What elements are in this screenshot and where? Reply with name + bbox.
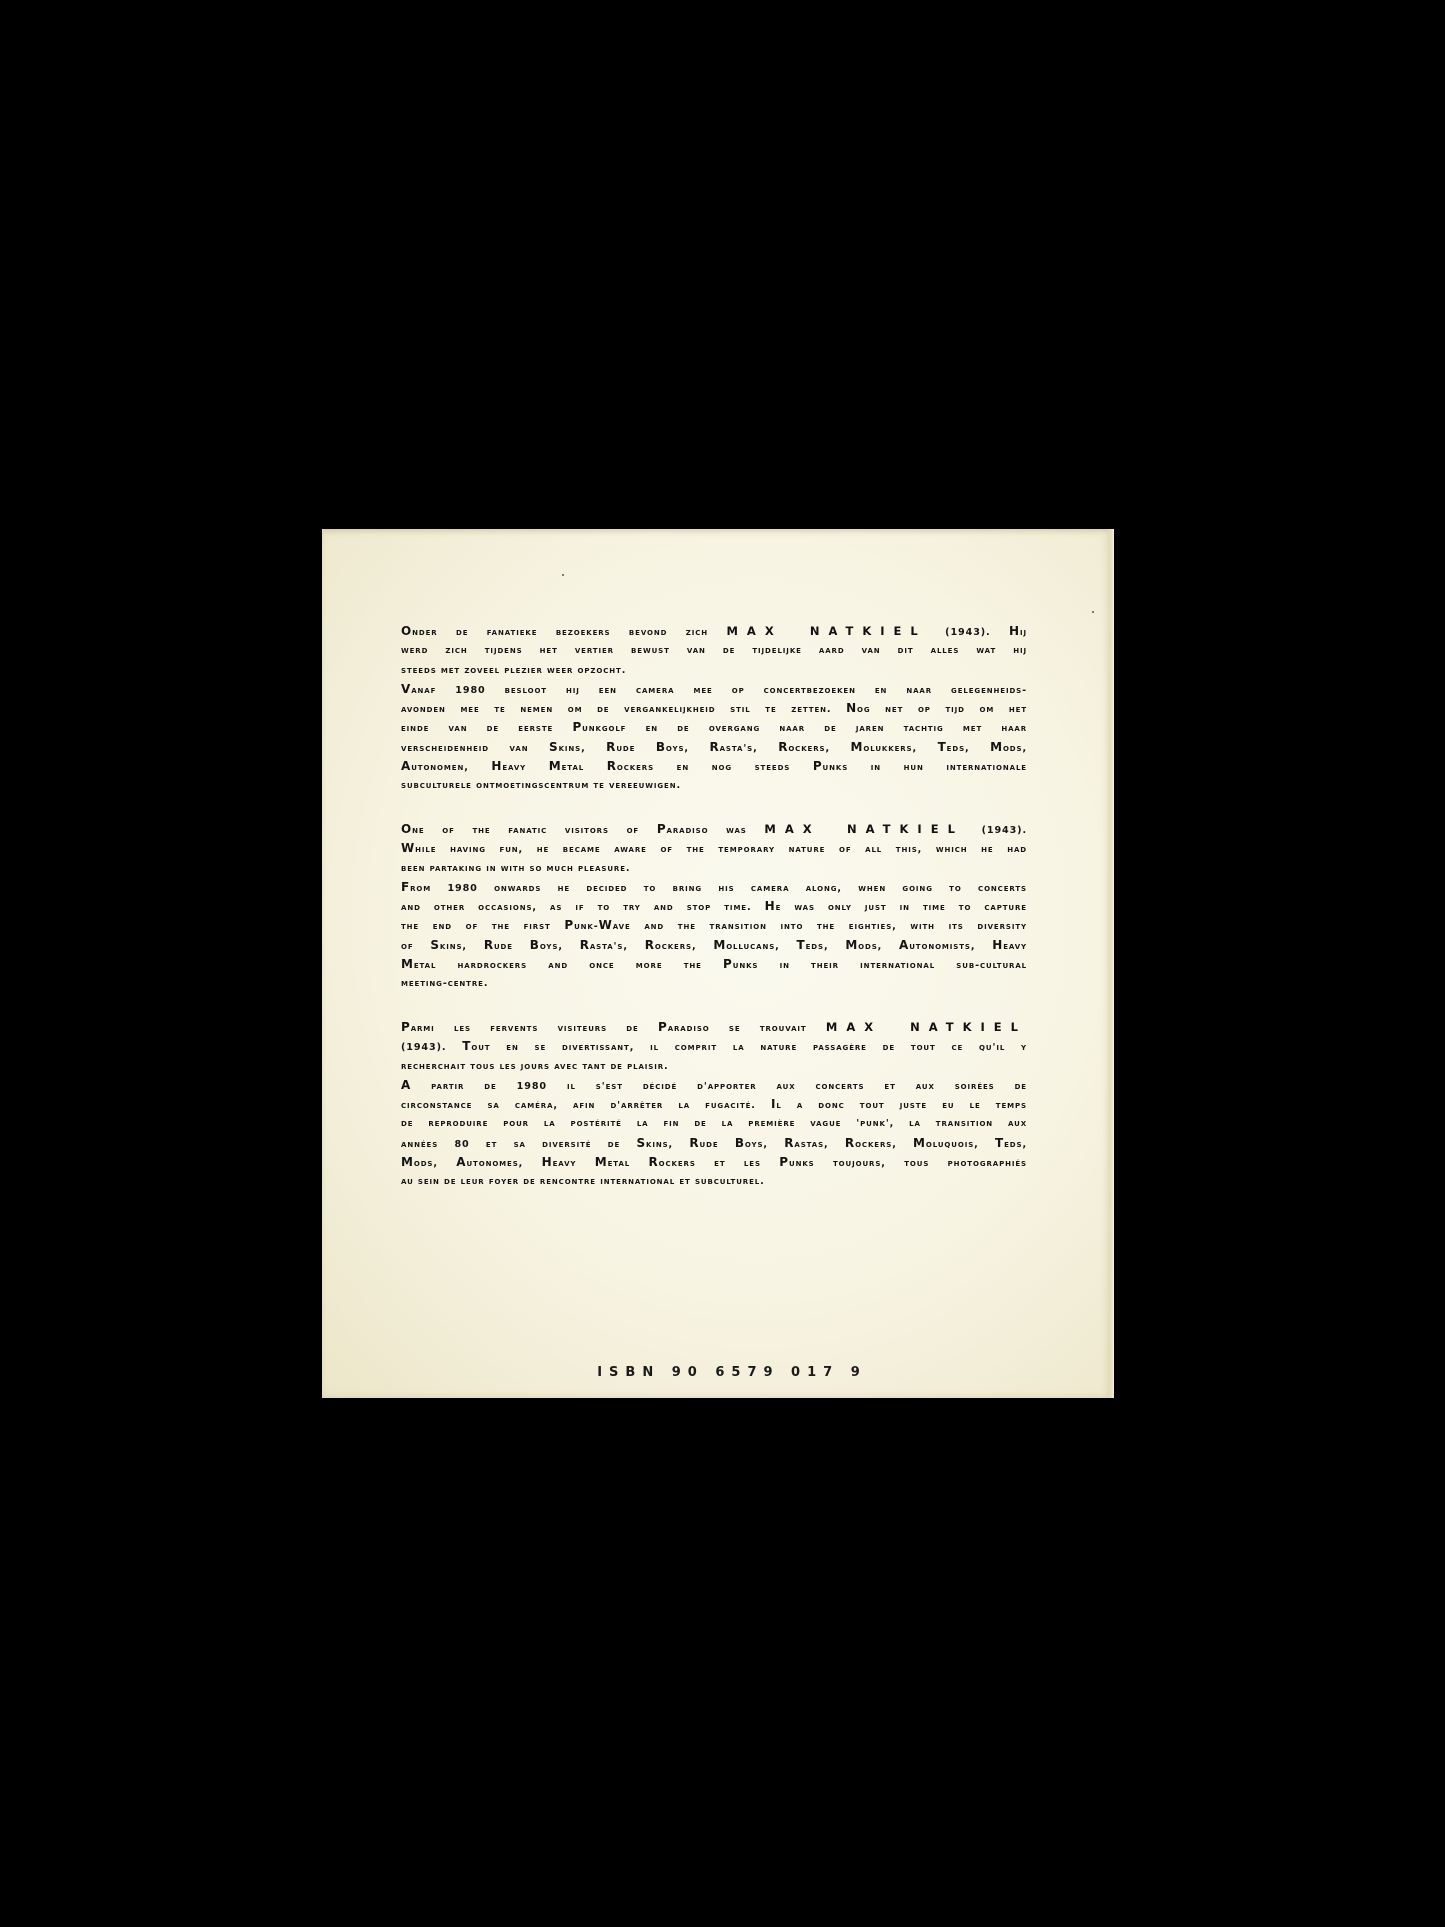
paragraph-french: Parmi les fervents visiteurs de Paradiso…	[401, 1018, 1027, 1192]
text-line: recherchait tous les jours avec tant de …	[401, 1057, 1027, 1076]
text-line: been partaking in with so much pleasure.	[401, 859, 1027, 878]
text-line: the end of the first Punk-Wave and the t…	[401, 916, 1027, 935]
text-line: de reproduire pour la postérité la fin d…	[401, 1114, 1027, 1133]
isbn-number: ISBN 90 6579 017 9	[322, 1365, 1128, 1380]
text-line: verscheidenheid van Skins, Rude Boys, Ra…	[401, 738, 1027, 757]
author-name: Max Natkiel	[764, 822, 964, 836]
paragraph-dutch: Onder de fanatieke bezoekers bevond zich…	[401, 622, 1027, 796]
text-line: années 80 et sa diversité de Skins, Rude…	[401, 1134, 1027, 1153]
author-name: Max Natkiel	[726, 624, 926, 638]
paper-speck	[1092, 611, 1094, 613]
text-line: werd zich tijdens het vertier bewust van…	[401, 641, 1027, 660]
text-line: Onder de fanatieke bezoekers bevond zich…	[401, 622, 1027, 641]
text-line: of Skins, Rude Boys, Rasta's, Rockers, M…	[401, 936, 1027, 955]
text-line: Metal hardrockers and once more the Punk…	[401, 955, 1027, 974]
text-line: Autonomen, Heavy Metal Rockers en nog st…	[401, 757, 1027, 776]
text-line: A partir de 1980 il s'est décidé d'appor…	[401, 1076, 1027, 1095]
text-line: and other occasions, as if to try and st…	[401, 897, 1027, 916]
text-line: avonden mee te nemen om de vergankelijkh…	[401, 699, 1027, 718]
text-line: au sein de leur foyer de rencontre inter…	[401, 1172, 1027, 1191]
paper-speck	[562, 574, 564, 576]
text-line: Parmi les fervents visiteurs de Paradiso…	[401, 1018, 1027, 1037]
text-line: meeting-centre.	[401, 974, 1027, 993]
text-line: circonstance sa caméra, afin d'arrêter l…	[401, 1095, 1027, 1114]
text-line: steeds met zoveel plezier weer opzocht.	[401, 661, 1027, 680]
text-line: Mods, Autonomes, Heavy Metal Rockers et …	[401, 1153, 1027, 1172]
paragraph-english: One of the fanatic visitors of Paradiso …	[401, 820, 1027, 994]
book-back-cover: Onder de fanatieke bezoekers bevond zich…	[322, 529, 1114, 1398]
text-line: (1943). Tout en se divertissant, il comp…	[401, 1037, 1027, 1056]
text-line: While having fun, he became aware of the…	[401, 839, 1027, 858]
text-line: From 1980 onwards he decided to bring hi…	[401, 878, 1027, 897]
text-line: Vanaf 1980 besloot hij een camera mee op…	[401, 680, 1027, 699]
text-line: One of the fanatic visitors of Paradiso …	[401, 820, 1027, 839]
text-line: einde van de eerste Punkgolf en de overg…	[401, 718, 1027, 737]
author-name: Max Natkiel	[826, 1020, 1027, 1034]
text-line: subculturele ontmoetingscentrum te veree…	[401, 776, 1027, 795]
